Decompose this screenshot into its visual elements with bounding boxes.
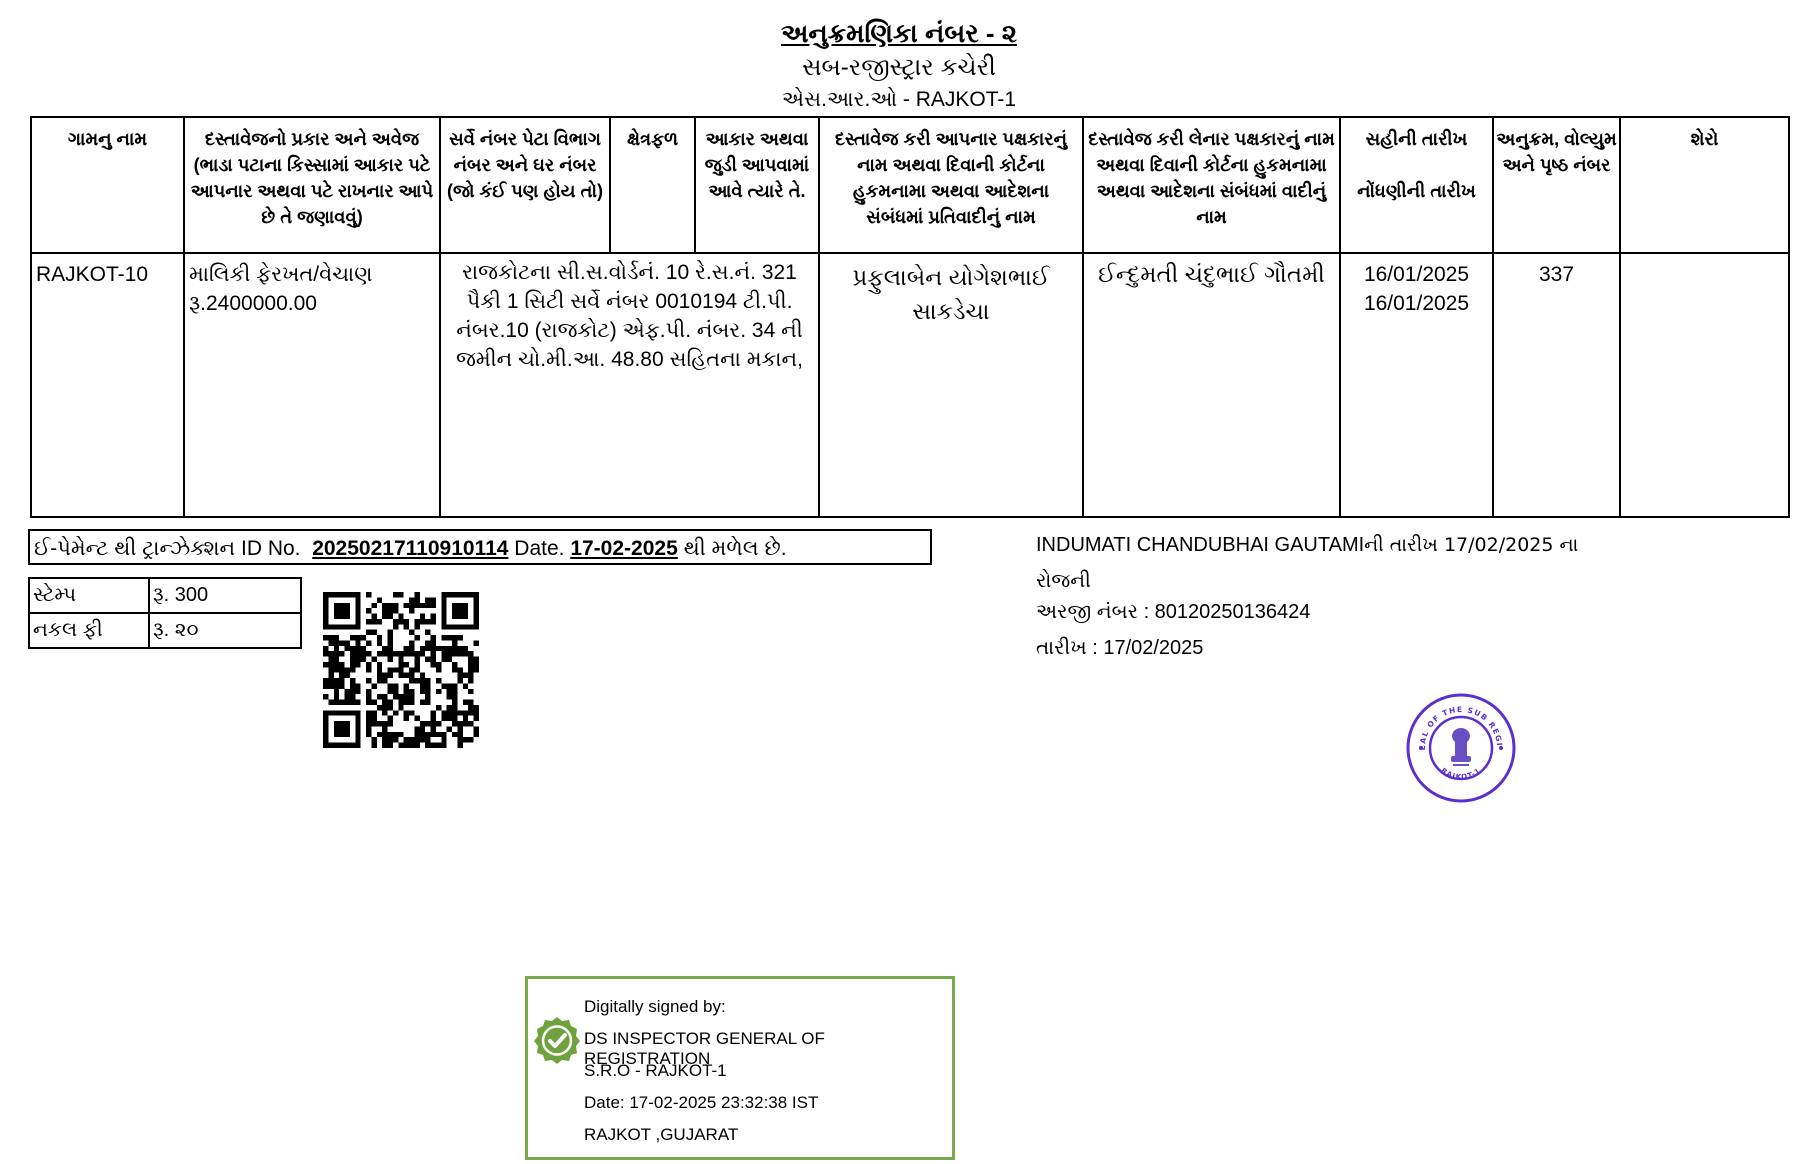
col-executant: દસ્તાવેજ કરી આપનાર પક્ષકારનું નામ અથવા દ… (819, 117, 1083, 253)
cell-doc-type: માલિકી ફેરખત/વેચાણ રૂ.2400000.00 (184, 253, 440, 517)
sro-name: એસ.આર.ઓ - RAJKOT-1 (0, 88, 1798, 112)
cell-dates: 16/01/2025 16/01/2025 (1340, 253, 1493, 517)
svg-text:THE SEAL OF THE SUB REGISTRAR: THE SEAL OF THE SUB REGISTRAR (1405, 692, 1504, 750)
signer-office: S.R.O - RAJKOT-1 (584, 1061, 727, 1081)
cell-executant: પ્રફુલાબેન યોગેશભાઈ સાકડેચા (819, 253, 1083, 517)
fees-table: સ્ટેમ્પ રૂ. 300 નકલ ફી રૂ. ૨૦ (28, 577, 302, 649)
col-survey: સર્વે નંબર પેટા વિભાગ નંબર અને ઘર નંબર (… (440, 117, 610, 253)
cell-remarks (1620, 253, 1789, 517)
payment-date: 17-02-2025 (570, 537, 677, 560)
cell-claimant: ઈન્દુમતી ચંદુભાઈ ગૌતમી (1083, 253, 1340, 517)
sub-registrar-seal-icon: THE SEAL OF THE SUB REGISTRAR RAJKOT-1 (1405, 692, 1517, 804)
page-title: અનુક્રમણિકા નંબર - ૨ (0, 18, 1798, 50)
fee-row: સ્ટેમ્પ રૂ. 300 (29, 578, 301, 613)
doc-type: માલિકી ફેરખત/વેચાણ (189, 260, 435, 289)
col-remarks: શેરો (1620, 117, 1789, 253)
col-doc-type: દસ્તાવેજનો પ્રકાર અને અવેજ (ભાડા પટાના ક… (184, 117, 440, 253)
sign-date: 16/01/2025 (1345, 260, 1488, 289)
verified-check-icon (532, 1015, 582, 1065)
col-village: ગામનુ નામ (31, 117, 184, 253)
reg-date: 16/01/2025 (1345, 289, 1488, 318)
cell-survey: રાજકોટના સી.સ.વોર્ડનં. 10 રે.સ.નં. 321 પ… (440, 253, 819, 517)
payment-line: ઈ-પેમેન્ટ થી ટ્રાન્ઝેક્શન ID No. 2025021… (28, 529, 932, 565)
copy-day-line: રોજની (1036, 570, 1091, 593)
signed-by-label: Digitally signed by: (584, 997, 726, 1017)
cell-village: RAJKOT-10 (31, 253, 184, 517)
col-dates: સહીની તારીખ નોંધણીની તારીખ (1340, 117, 1493, 253)
index-table: ગામનુ નામ દસ્તાવેજનો પ્રકાર અને અવેજ (ભા… (30, 116, 1790, 518)
signature-date: Date: 17-02-2025 23:32:38 IST (584, 1093, 818, 1113)
transaction-id: 20250217110910114 (312, 537, 508, 560)
col-area: ક્ષેત્રફળ (610, 117, 695, 253)
office-name: સબ-રજીસ્ટ્રાર કચેરી (0, 54, 1798, 82)
digital-signature-box: Digitally signed by: DS INSPECTOR GENERA… (525, 976, 955, 1160)
col-claimant: દસ્તાવેજ કરી લેનાર પક્ષકારનું નામ અથવા દ… (1083, 117, 1340, 253)
svg-text:RAJKOT-1: RAJKOT-1 (1440, 767, 1483, 782)
table-header-row: ગામનુ નામ દસ્તાવેજનો પ્રકાર અને અવેજ (ભા… (31, 117, 1789, 253)
col-assessment: આકાર અથવા જુડી આપવામાં આવે ત્યારે તે. (695, 117, 819, 253)
copy-applicant-line: INDUMATI CHANDUBHAI GAUTAMIની તારીખ 17/0… (1036, 534, 1578, 557)
cell-serial: 337 (1493, 253, 1620, 517)
qr-code (322, 592, 480, 748)
table-row: RAJKOT-10 માલિકી ફેરખત/વેચાણ રૂ.2400000.… (31, 253, 1789, 517)
application-date: તારીખ : 17/02/2025 (1036, 637, 1203, 660)
fee-row: નકલ ફી રૂ. ૨૦ (29, 613, 301, 648)
col-serial: અનુક્રમ, વોલ્યુમ અને પૃષ્ઠ નંબર (1493, 117, 1620, 253)
application-number: અરજી નંબર : 80120250136424 (1036, 601, 1310, 624)
signature-location: RAJKOT ,GUJARAT (584, 1125, 738, 1145)
consideration: રૂ.2400000.00 (189, 289, 435, 318)
